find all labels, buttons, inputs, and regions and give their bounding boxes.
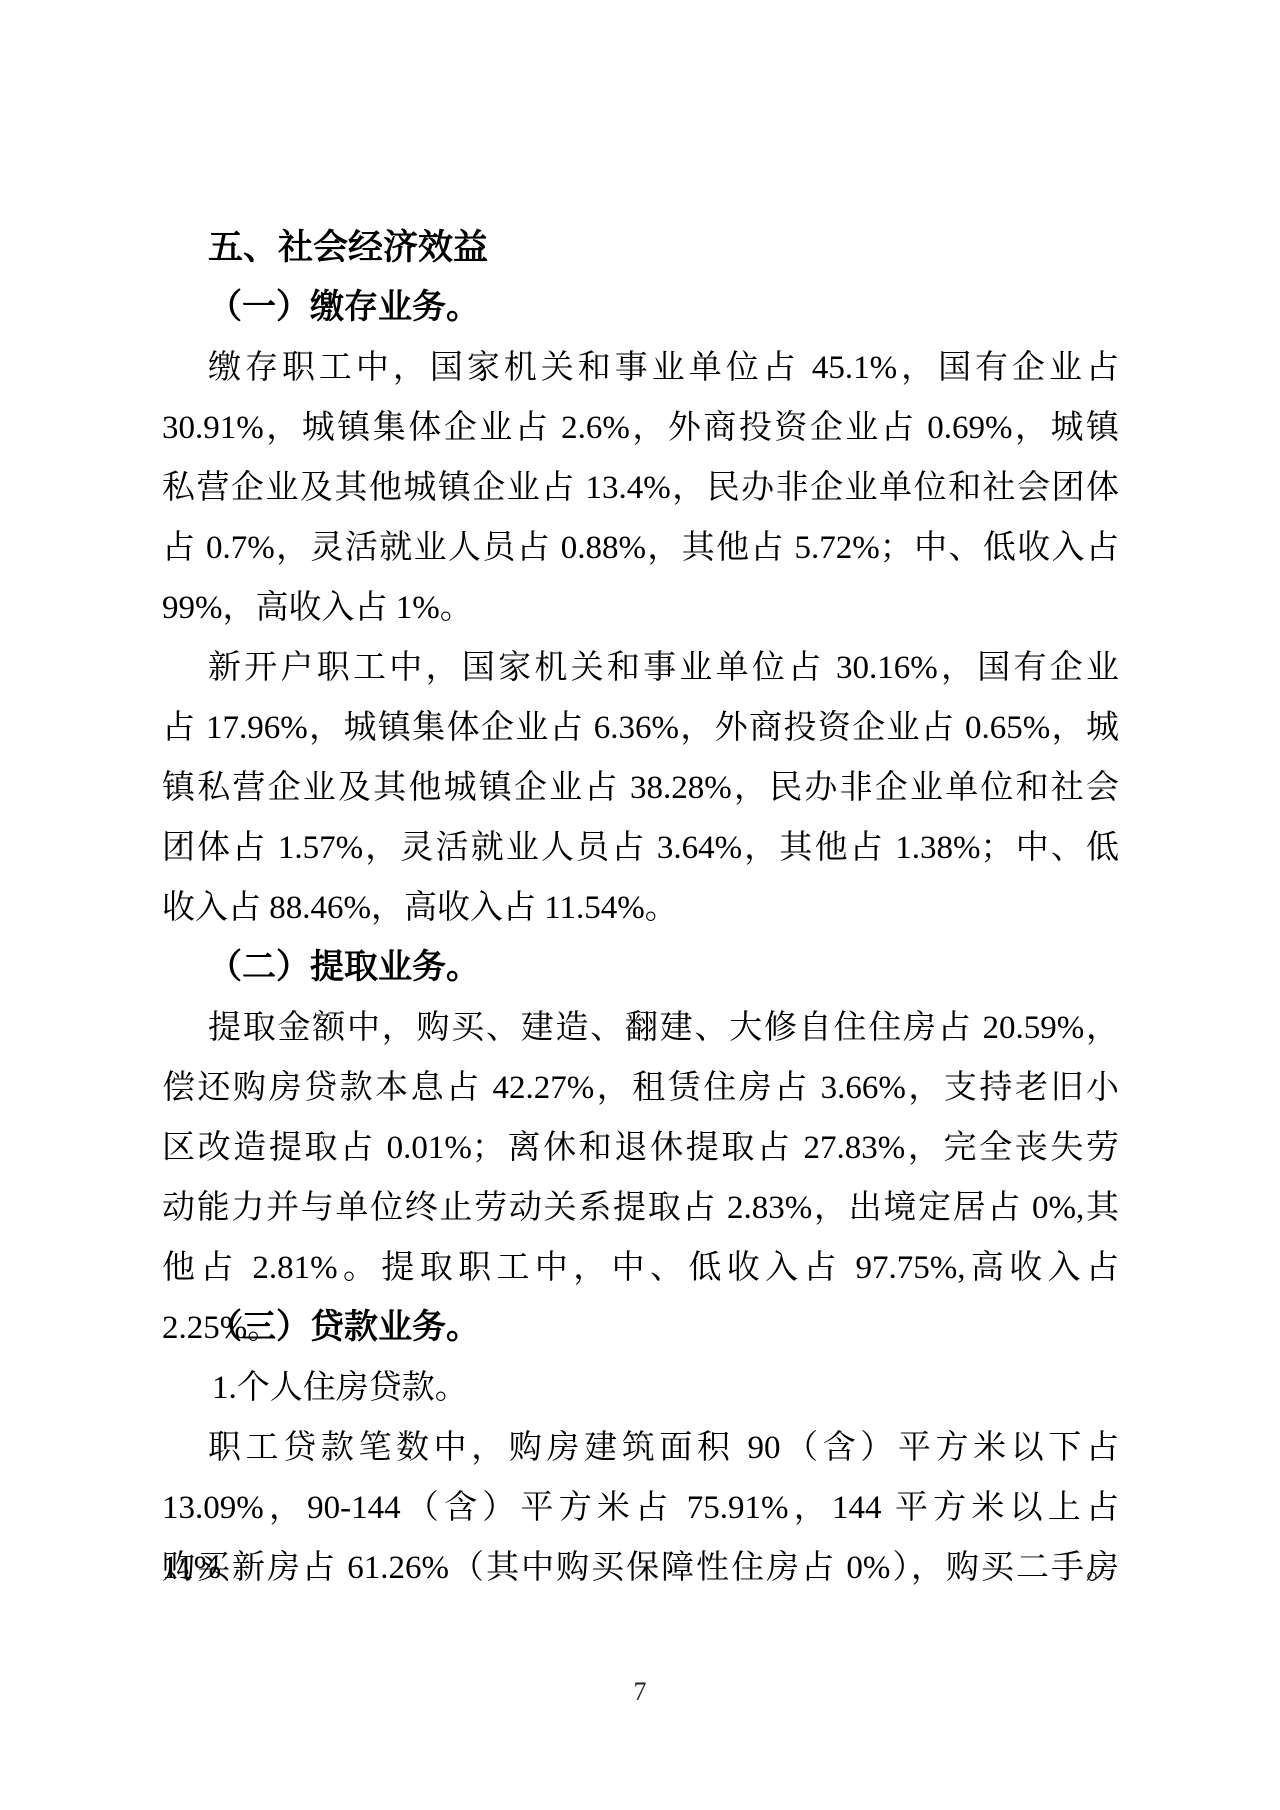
paragraph-line: 镇私营企业及其他城镇企业占 38.28%，民办非企业单位和社会 [162, 758, 1119, 818]
sub-subsection-heading: 1.个人住房贷款。 [162, 1358, 1119, 1418]
subsection-heading: （二）提取业务。 [162, 938, 1119, 998]
paragraph-line: 新开户职工中，国家机关和事业单位占 30.16%，国有企业 [162, 638, 1119, 698]
paragraph-line: 职工贷款笔数中，购房建筑面积 90（含）平方米以下占 [162, 1418, 1119, 1478]
paragraph-line: 购买新房占 61.26%（其中购买保障性住房占 0%），购买二手房 [162, 1538, 1119, 1598]
paragraph-line: 区改造提取占 0.01%；离休和退休提取占 27.83%，完全丧失劳 [162, 1118, 1119, 1178]
document-page: 五、社会经济效益（一）缴存业务。缴存职工中，国家机关和事业单位占 45.1%，国… [0, 0, 1280, 1810]
page-number: 7 [0, 1672, 1280, 1712]
document-body: 五、社会经济效益（一）缴存业务。缴存职工中，国家机关和事业单位占 45.1%，国… [162, 218, 1119, 1598]
paragraph-line: 收入占 88.46%，高收入占 11.54%。 [162, 878, 1119, 938]
section-heading: 五、社会经济效益 [162, 218, 1119, 278]
subsection-heading: （一）缴存业务。 [162, 278, 1119, 338]
paragraph-line: 缴存职工中，国家机关和事业单位占 45.1%，国有企业占 [162, 338, 1119, 398]
paragraph-line: 偿还购房贷款本息占 42.27%，租赁住房占 3.66%，支持老旧小 [162, 1058, 1119, 1118]
paragraph-line: 占 17.96%，城镇集体企业占 6.36%，外商投资企业占 0.65%，城 [162, 698, 1119, 758]
paragraph-line: 提取金额中，购买、建造、翻建、大修自住住房占 20.59%， [162, 998, 1119, 1058]
subsection-heading: （三）贷款业务。 [162, 1298, 1119, 1358]
paragraph-line: 私营企业及其他城镇企业占 13.4%，民办非企业单位和社会团体 [162, 458, 1119, 518]
paragraph-line: 30.91%，城镇集体企业占 2.6%，外商投资企业占 0.69%，城镇 [162, 398, 1119, 458]
paragraph-line: 他占 2.81%。提取职工中，中、低收入占 97.75%,高收入占 2.25%。 [162, 1238, 1119, 1298]
paragraph-line: 动能力并与单位终止劳动关系提取占 2.83%，出境定居占 0%,其 [162, 1178, 1119, 1238]
paragraph-line: 13.09%，90-144（含）平方米占 75.91%，144 平方米以上占 1… [162, 1478, 1119, 1538]
paragraph-line: 占 0.7%，灵活就业人员占 0.88%，其他占 5.72%；中、低收入占 [162, 518, 1119, 578]
paragraph-line: 99%，高收入占 1%。 [162, 578, 1119, 638]
paragraph-line: 团体占 1.57%，灵活就业人员占 3.64%，其他占 1.38%；中、低 [162, 818, 1119, 878]
